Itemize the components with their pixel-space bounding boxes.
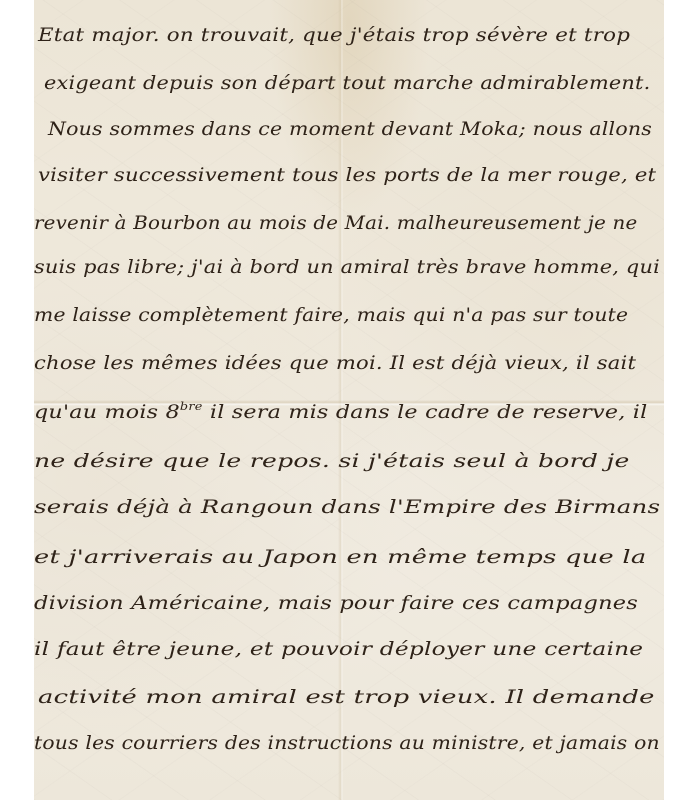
text-line-3: Nous sommes dans ce moment devant Moka; …: [48, 118, 652, 140]
text-line-15: activité mon amiral est trop vieux. Il d…: [38, 686, 655, 708]
line-text: ne désire que le repos. si j'étais seul …: [34, 450, 630, 472]
line-text: il faut être jeune, et pouvoir déployer …: [34, 638, 643, 660]
line-text-rest: il sera mis dans le cadre de reserve, il: [203, 401, 648, 423]
line-text: chose les mêmes idées que moi. Il est dé…: [34, 352, 636, 374]
line-text: visiter successivement tous les ports de…: [38, 164, 656, 186]
text-line-11: serais déjà à Rangoun dans l'Empire des …: [34, 496, 660, 518]
text-line-8: chose les mêmes idées que moi. Il est dé…: [34, 352, 636, 374]
text-line-13: division Américaine, mais pour faire ces…: [34, 592, 638, 614]
letter-page: Etat major. on trouvait, que j'étais tro…: [34, 0, 664, 800]
handwritten-text-body: Etat major. on trouvait, que j'étais tro…: [34, 0, 664, 800]
text-line-12: et j'arriverais au Japon en même temps q…: [34, 546, 646, 568]
text-line-1: Etat major. on trouvait, que j'étais tro…: [38, 24, 630, 46]
text-line-9: qu'au mois 8bre il sera mis dans le cadr…: [34, 400, 647, 423]
line-text: me laisse complètement faire, mais qui n…: [34, 304, 628, 326]
line-text: serais déjà à Rangoun dans l'Empire des …: [34, 496, 660, 518]
superscript-abbrev: bre: [180, 400, 203, 413]
line-text: Nous sommes dans ce moment devant Moka; …: [48, 118, 652, 140]
line-text: qu'au mois 8: [34, 401, 180, 423]
line-text: suis pas libre; j'ai à bord un amiral tr…: [34, 256, 660, 278]
text-line-5: revenir à Bourbon au mois de Mai. malheu…: [34, 212, 637, 234]
line-text: Etat major. on trouvait, que j'étais tro…: [38, 24, 630, 46]
text-line-4: visiter successivement tous les ports de…: [38, 164, 656, 186]
line-text: activité mon amiral est trop vieux. Il d…: [38, 686, 655, 708]
line-text: tous les courriers des instructions au m…: [34, 732, 660, 754]
text-line-14: il faut être jeune, et pouvoir déployer …: [34, 638, 643, 660]
line-text: exigeant depuis son départ tout marche a…: [44, 72, 650, 94]
text-line-7: me laisse complètement faire, mais qui n…: [34, 304, 628, 326]
line-text: division Américaine, mais pour faire ces…: [34, 592, 638, 614]
text-line-6: suis pas libre; j'ai à bord un amiral tr…: [34, 256, 660, 278]
text-line-10: ne désire que le repos. si j'étais seul …: [34, 450, 630, 472]
line-text: revenir à Bourbon au mois de Mai. malheu…: [34, 212, 637, 234]
text-line-16: tous les courriers des instructions au m…: [34, 732, 660, 754]
text-line-2: exigeant depuis son départ tout marche a…: [44, 72, 650, 94]
line-text: et j'arriverais au Japon en même temps q…: [34, 546, 646, 568]
